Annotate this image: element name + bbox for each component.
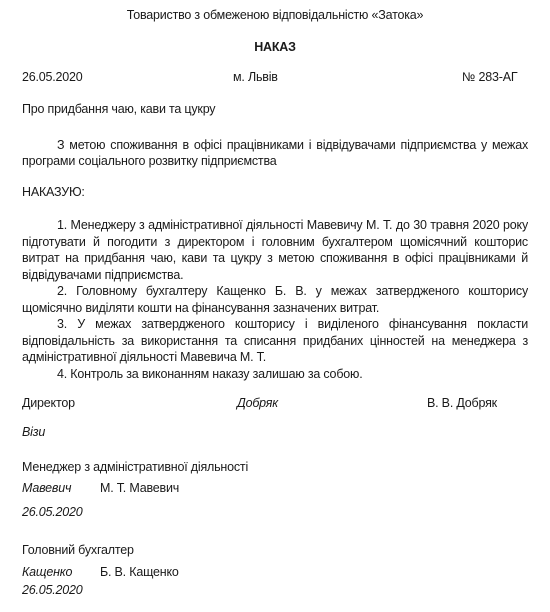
- order-item-line: 2. Головному бухгалтеру Кащенко Б. В. у …: [22, 283, 528, 300]
- order-item-1: 1. Менеджеру з адміністративної діяльнос…: [22, 217, 528, 283]
- visa-manager-position: Менеджер з адміністративної діяльності: [22, 459, 528, 476]
- order-heading: НАКАЗУЮ:: [22, 184, 528, 201]
- document-title: НАКАЗ: [22, 39, 528, 56]
- preamble-line: З метою споживання в офісі працівниками …: [22, 137, 528, 154]
- preamble-paragraph: З метою споживання в офісі працівниками …: [22, 137, 528, 170]
- order-document-page: { "page": { "background": "#ffffff", "te…: [0, 0, 550, 612]
- visa-accountant-facsimile-signature: Кащенко: [22, 564, 100, 581]
- director-signature-row: Директор Добряк В. В. Добряк: [22, 395, 528, 412]
- order-item-line: витрат на придбання чаю, кави та цукру з…: [22, 250, 528, 267]
- visa-accountant-signature-row: Кащенко Б. В. Кащенко: [22, 564, 528, 581]
- order-item-line: адміністративної діяльності Мавевича М. …: [22, 349, 528, 366]
- visa-accountant-name: Б. В. Кащенко: [100, 564, 179, 581]
- document-number: № 283-АГ: [462, 69, 517, 86]
- document-date: 26.05.2020: [22, 69, 83, 86]
- order-item-line: щомісячно виділяти кошти на фінансування…: [22, 300, 528, 317]
- order-item-line: відповідальність за використання та спис…: [22, 333, 528, 350]
- director-facsimile-signature: Добряк: [237, 395, 278, 412]
- visa-manager-facsimile-signature: Мавевич: [22, 480, 100, 497]
- visa-manager-signature-row: Мавевич М. Т. Мавевич: [22, 480, 528, 497]
- order-item-line: підготувати й погодити з директором і го…: [22, 234, 528, 251]
- document-place: м. Львів: [233, 69, 278, 86]
- order-item-2: 2. Головному бухгалтеру Кащенко Б. В. у …: [22, 283, 528, 316]
- order-items: 1. Менеджеру з адміністративної діяльнос…: [22, 217, 528, 382]
- document-subject: Про придбання чаю, кави та цукру: [22, 101, 528, 118]
- visa-accountant-position: Головний бухгалтер: [22, 542, 528, 559]
- order-item-3: 3. У межах затвердженого кошторису і вид…: [22, 316, 528, 366]
- order-item-4: 4. Контроль за виконанням наказу залишаю…: [22, 366, 528, 383]
- visas-label: Візи: [22, 424, 528, 441]
- visa-manager-name: М. Т. Мавевич: [100, 480, 179, 497]
- order-item-line: 4. Контроль за виконанням наказу залишаю…: [22, 366, 528, 383]
- order-item-line: 3. У межах затвердженого кошторису і вид…: [22, 316, 528, 333]
- preamble-line: програми соціального розвитку підприємст…: [22, 153, 528, 170]
- order-document: Товариство з обмеженою відповідальністю …: [0, 7, 550, 599]
- director-name: В. В. Добряк: [427, 395, 497, 412]
- order-item-line: 1. Менеджеру з адміністративної діяльнос…: [22, 217, 528, 234]
- company-name: Товариство з обмеженою відповідальністю …: [22, 7, 528, 24]
- date-place-number-row: 26.05.2020 м. Львів № 283-АГ: [22, 69, 528, 86]
- visa-manager-date: 26.05.2020: [22, 504, 528, 521]
- order-item-line: відвідувачами підприємства.: [22, 267, 528, 284]
- director-position: Директор: [22, 395, 75, 412]
- visa-accountant-date: 26.05.2020: [22, 582, 528, 599]
